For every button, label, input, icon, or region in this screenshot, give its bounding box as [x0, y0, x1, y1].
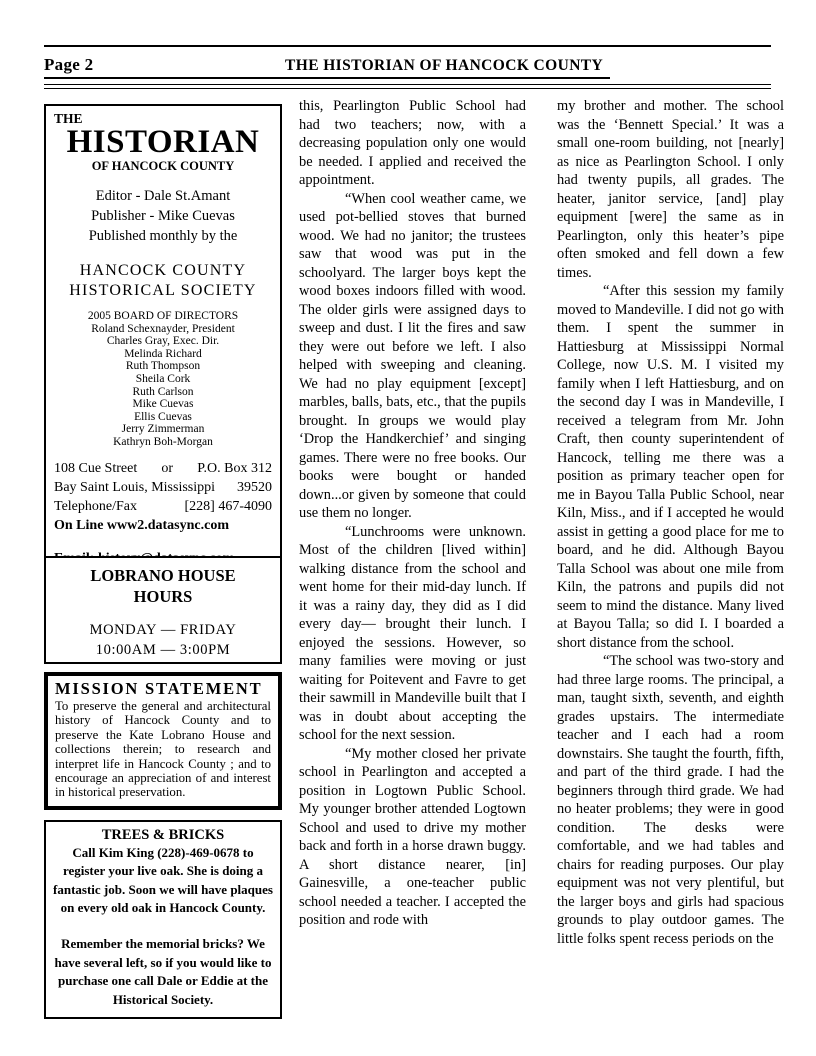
board-member: Melinda Richard — [54, 348, 272, 361]
city-state: Bay Saint Louis, Mississippi — [54, 478, 215, 497]
board-member: Ruth Carlson — [54, 386, 272, 399]
board-member: Sheila Cork — [54, 373, 272, 386]
hours-title-line-1: LOBRANO HOUSE — [46, 565, 280, 586]
header-bottom-rule-2 — [44, 88, 771, 89]
trees-and-bricks-box: TREES & BRICKS Call Kim King (228)-469-0… — [44, 820, 282, 1019]
editor-line: Editor - Dale St.Amant — [54, 186, 272, 206]
board-member: Roland Schexnayder, President — [54, 323, 272, 336]
publisher-line: Publisher - Mike Cuevas — [54, 206, 272, 226]
header-bottom-rule-1 — [44, 84, 771, 85]
article-paragraph: this, Pearlington Public School had had … — [299, 97, 526, 190]
address-block: 108 Cue Street or P.O. Box 312 Bay Saint… — [54, 459, 272, 558]
board-member: Charles Gray, Exec. Dir. — [54, 335, 272, 348]
street-address: 108 Cue Street — [54, 459, 137, 478]
article-paragraph: my brother and mother. The school was th… — [557, 97, 784, 282]
address-row-street: 108 Cue Street or P.O. Box 312 — [54, 459, 272, 478]
board-member: Kathryn Boh-Morgan — [54, 436, 272, 449]
header-top-rule — [44, 45, 771, 47]
left-sidebar-column: THE HISTORIAN OF HANCOCK COUNTY Editor -… — [44, 104, 282, 1019]
po-box: P.O. Box 312 — [197, 459, 272, 478]
board-member: Mike Cuevas — [54, 398, 272, 411]
article-paragraph: “After this session my family moved to M… — [557, 282, 784, 652]
society-line-2: HISTORICAL SOCIETY — [54, 281, 272, 301]
phone-label: Telephone/Fax — [54, 497, 137, 516]
masthead-title: HISTORIAN — [54, 125, 272, 159]
newsletter-page: Page 2 THE HISTORIAN OF HANCOCK COUNTY T… — [0, 0, 816, 1056]
mission-statement-box: MISSION STATEMENT To preserve the genera… — [44, 672, 282, 810]
hours-days: MONDAY — FRIDAY — [46, 620, 280, 640]
board-member: Jerry Zimmerman — [54, 423, 272, 436]
trees-bricks-title: TREES & BRICKS — [52, 827, 274, 844]
article-paragraph: “When cool weather came, we used pot-bel… — [299, 190, 526, 523]
header-title-underline — [44, 77, 610, 79]
published-line: Published monthly by the — [54, 226, 272, 246]
masthead-subtitle: OF HANCOCK COUNTY — [54, 159, 272, 174]
masthead-box: THE HISTORIAN OF HANCOCK COUNTY Editor -… — [44, 104, 282, 558]
board-title: 2005 BOARD OF DIRECTORS — [54, 310, 272, 323]
article-paragraph: “My mother closed her private school in … — [299, 745, 526, 930]
society-line-1: HANCOCK COUNTY — [54, 261, 272, 281]
article-paragraph: “The school was two-story and had three … — [557, 652, 784, 948]
article-column-right: my brother and mother. The school was th… — [557, 97, 784, 948]
address-row-city: Bay Saint Louis, Mississippi 39520 — [54, 478, 272, 497]
zip-code: 39520 — [237, 478, 272, 497]
article-paragraph: “Lunchrooms were unknown. Most of the ch… — [299, 523, 526, 745]
page-number-label: Page 2 — [44, 55, 93, 75]
hours-times: 10:00AM — 3:00PM — [46, 640, 280, 660]
trees-paragraph: Call Kim King (228)-469-0678 to register… — [52, 844, 274, 918]
or-label: or — [161, 459, 173, 478]
website-line: On Line www2.datasync.com — [54, 516, 272, 535]
hours-title-line-2: HOURS — [46, 586, 280, 607]
mission-title: MISSION STATEMENT — [55, 679, 271, 699]
hours-schedule: MONDAY — FRIDAY 10:00AM — 3:00PM — [46, 620, 280, 660]
board-member: Ruth Thompson — [54, 360, 272, 373]
newsletter-header-title: THE HISTORIAN OF HANCOCK COUNTY — [285, 57, 603, 75]
article-column-middle: this, Pearlington Public School had had … — [299, 97, 526, 930]
society-name-block: HANCOCK COUNTY HISTORICAL SOCIETY — [54, 261, 272, 301]
address-row-phone: Telephone/Fax [228] 467-4090 — [54, 497, 272, 516]
editor-block: Editor - Dale St.Amant Publisher - Mike … — [54, 186, 272, 246]
phone-number: [228] 467-4090 — [185, 497, 273, 516]
board-member: Ellis Cuevas — [54, 411, 272, 424]
bricks-paragraph: Remember the memorial bricks? We have se… — [52, 935, 274, 1009]
mission-body: To preserve the general and architectura… — [55, 699, 271, 800]
hours-box-title: LOBRANO HOUSE HOURS — [46, 565, 280, 607]
lobrano-hours-box: LOBRANO HOUSE HOURS MONDAY — FRIDAY 10:0… — [44, 556, 282, 664]
board-of-directors-block: 2005 BOARD OF DIRECTORS Roland Schexnayd… — [54, 310, 272, 449]
